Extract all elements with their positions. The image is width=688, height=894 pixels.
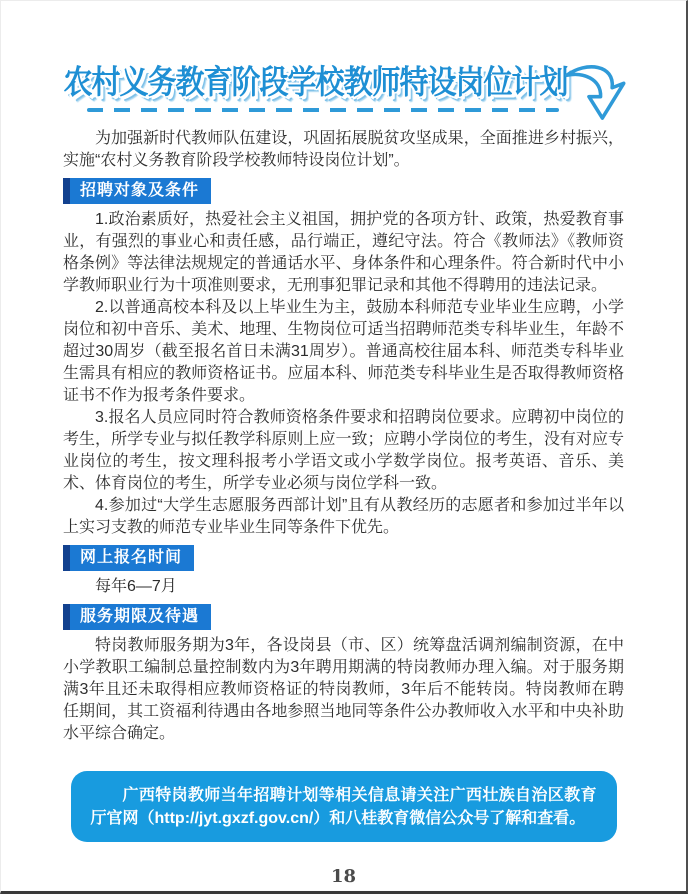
recruit-paragraph-4: 4.参加过“大学生志愿服务西部计划”且有从教经历的志愿者和参加过半年以上实习支教… — [63, 495, 624, 539]
document-page: 农村义务教育阶段学校教师特设岗位计划 为加强新时代教师队伍建设，巩固拓展脱贫攻坚… — [0, 0, 688, 894]
recruit-paragraph-1: 1.政治素质好，热爱社会主义祖国，拥护党的各项方针、政策，热爱教育事业，有强烈的… — [63, 209, 624, 297]
section-header-row: 服务期限及待遇 — [63, 604, 624, 630]
section-header-recruit-targets: 招聘对象及条件 — [63, 178, 211, 204]
recruit-paragraph-2: 2.以普通高校本科及以上毕业生为主，鼓励本科师范专业毕业生应聘，小学岗位和初中音… — [63, 297, 624, 407]
section-header-row: 招聘对象及条件 — [63, 178, 624, 204]
curved-arrow-icon — [560, 61, 634, 127]
section-header-registration-time: 网上报名时间 — [63, 545, 194, 571]
dashed-divider — [87, 108, 559, 112]
section-header-service-terms: 服务期限及待遇 — [63, 604, 211, 630]
title-banner: 农村义务教育阶段学校教师特设岗位计划 — [63, 57, 624, 112]
intro-paragraph: 为加强新时代教师队伍建设，巩固拓展脱贫攻坚成果，全面推进乡村振兴，实施“农村义务… — [63, 128, 624, 172]
notice-box: 广西特岗教师当年招聘计划等相关信息请关注广西壮族自治区教育厅官网（http://… — [71, 771, 617, 842]
registration-time-paragraph: 每年6—7月 — [63, 576, 624, 598]
notice-text: 广西特岗教师当年招聘计划等相关信息请关注广西壮族自治区教育厅官网（http://… — [91, 784, 597, 830]
page-number: 18 — [63, 866, 624, 887]
page-title: 农村义务教育阶段学校教师特设岗位计划 — [63, 57, 568, 103]
service-terms-paragraph: 特岗教师服务期为3年，各设岗县（市、区）统筹盘活调剂编制资源，在中小学教职工编制… — [63, 635, 624, 745]
section-header-row: 网上报名时间 — [63, 545, 624, 571]
recruit-paragraph-3: 3.报名人员应同时符合教师资格条件要求和招聘岗位要求。应聘初中岗位的考生，所学专… — [63, 407, 624, 495]
